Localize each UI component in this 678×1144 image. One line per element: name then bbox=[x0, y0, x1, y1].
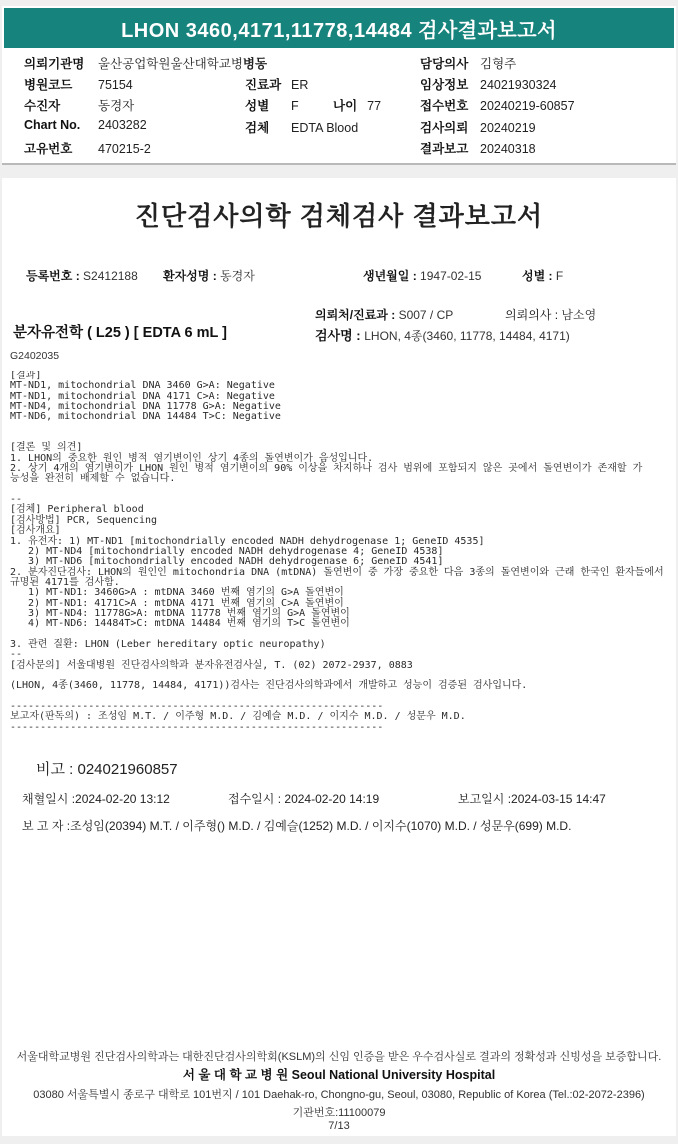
field-institution: 의뢰기관명울산공업학원울산대학교병병동 bbox=[24, 54, 267, 72]
field-chart-no: Chart No.2403282 bbox=[24, 118, 147, 132]
reporters-label: 보 고 자 : bbox=[22, 819, 70, 833]
field-chart-no-value: 2403282 bbox=[98, 118, 147, 132]
patient-sex-value: F bbox=[556, 269, 563, 283]
patient-reg-value: S2412188 bbox=[83, 269, 138, 283]
patient-reg-label: 등록번호 : bbox=[26, 269, 80, 283]
footer-address: 03080 서울특별시 종로구 대학로 101번지 / 101 Daehak-r… bbox=[0, 1086, 678, 1102]
receive-datetime-value: 2024-02-20 14:19 bbox=[284, 792, 379, 806]
field-unique-no-value: 470215-2 bbox=[98, 142, 151, 156]
test-name-label: 검사명 : bbox=[315, 328, 361, 343]
field-result-date: 결과보고20240318 bbox=[420, 139, 536, 157]
report-page: LHON 3460,4171,11778,14484 검사결과보고서 의뢰기관명… bbox=[0, 0, 678, 1144]
field-patient: 수진자동경자 bbox=[24, 96, 134, 114]
field-department: 진료과ER bbox=[245, 75, 308, 93]
patient-sex: 성별 : F bbox=[522, 267, 563, 284]
field-chart-no-label: Chart No. bbox=[24, 118, 98, 132]
remarks-label: 비고 : bbox=[36, 761, 73, 778]
field-clinical-info-value: 24021930324 bbox=[480, 78, 556, 92]
remarks-value: 024021960857 bbox=[78, 761, 178, 778]
result-body-text: [결과] MT-ND1, mitochondrial DNA 3460 G>A:… bbox=[10, 371, 670, 733]
field-patient-label: 수진자 bbox=[24, 96, 98, 114]
field-age-value: 77 bbox=[367, 99, 381, 113]
receive-datetime: 접수일시 : 2024-02-20 14:19 bbox=[228, 790, 379, 807]
field-doctor-label: 담당의사 bbox=[420, 54, 480, 72]
field-clinical-info-label: 임상정보 bbox=[420, 75, 480, 93]
patient-name: 환자성명 : 동경자 bbox=[163, 267, 255, 284]
referral-doctor-value: 남소영 bbox=[561, 308, 596, 322]
remarks-row: 비고 : 024021960857 bbox=[36, 758, 178, 779]
collect-datetime-label: 채혈일시 : bbox=[22, 792, 75, 806]
panel-divider bbox=[0, 165, 678, 178]
field-institution-ward: 병동 bbox=[243, 57, 267, 71]
reporters-value: 조성임(20394) M.T. / 이주형() M.D. / 김예슬(1252)… bbox=[70, 819, 571, 833]
field-doctor: 담당의사김형주 bbox=[420, 54, 516, 72]
report-datetime-label: 보고일시 : bbox=[458, 792, 511, 806]
field-clinical-info: 임상정보24021930324 bbox=[420, 75, 556, 93]
patient-reg-no: 등록번호 : S2412188 bbox=[26, 267, 138, 284]
document-title: 진단검사의학 검체검사 결과보고서 bbox=[0, 196, 678, 233]
report-title-banner: LHON 3460,4171,11778,14484 검사결과보고서 bbox=[4, 8, 674, 48]
patient-sex-label: 성별 : bbox=[522, 269, 553, 283]
field-unique-no: 고유번호470215-2 bbox=[24, 139, 151, 157]
field-result-date-label: 결과보고 bbox=[420, 139, 480, 157]
field-hospital-code-label: 병원코드 bbox=[24, 75, 98, 93]
field-specimen-label: 검체 bbox=[245, 118, 291, 136]
field-order-date: 검사의뢰20240219 bbox=[420, 118, 536, 136]
field-sex-label: 성별 bbox=[245, 96, 291, 114]
field-doctor-value: 김형주 bbox=[480, 57, 516, 71]
field-institution-label: 의뢰기관명 bbox=[24, 54, 98, 72]
referral-dept-label: 의뢰처/진료과 : bbox=[315, 308, 395, 322]
report-datetime-value: 2024-03-15 14:47 bbox=[511, 792, 606, 806]
reporters-row: 보 고 자 :조성임(20394) M.T. / 이주형() M.D. / 김예… bbox=[22, 817, 571, 834]
footer-org-number: 기관번호:11100079 bbox=[0, 1104, 678, 1120]
field-age-label: 나이 bbox=[333, 96, 357, 114]
field-patient-value: 동경자 bbox=[98, 99, 134, 113]
field-hospital-code-value: 75154 bbox=[98, 78, 133, 92]
field-accession-no: 접수번호20240219-60857 bbox=[420, 96, 575, 114]
field-order-date-label: 검사의뢰 bbox=[420, 118, 480, 136]
field-hospital-code: 병원코드75154 bbox=[24, 75, 133, 93]
patient-birth-label: 생년월일 : bbox=[363, 269, 417, 283]
referral-dept: 의뢰처/진료과 : S007 / CP bbox=[315, 306, 453, 323]
specimen-code: G2402035 bbox=[10, 350, 59, 362]
patient-name-value: 동경자 bbox=[220, 269, 255, 283]
patient-birth: 생년월일 : 1947-02-15 bbox=[363, 267, 481, 284]
banner-title: LHON 3460,4171,11778,14484 검사결과보고서 bbox=[121, 14, 557, 43]
patient-name-label: 환자성명 : bbox=[163, 269, 217, 283]
test-name-row: 검사명 : LHON, 4종(3460, 11778, 14484, 4171) bbox=[315, 325, 570, 344]
field-sex-age: 성별F나이77 bbox=[245, 96, 381, 114]
field-unique-no-label: 고유번호 bbox=[24, 139, 98, 157]
field-specimen: 검체EDTA Blood bbox=[245, 118, 358, 136]
field-accession-no-value: 20240219-60857 bbox=[480, 99, 575, 113]
report-datetime: 보고일시 :2024-03-15 14:47 bbox=[458, 790, 606, 807]
field-institution-value: 울산공업학원울산대학교병 bbox=[98, 57, 243, 71]
referral-doctor-label: 의뢰의사 : bbox=[505, 308, 558, 322]
test-name-value: LHON, 4종(3460, 11778, 14484, 4171) bbox=[364, 329, 570, 343]
section-name: 분자유전학 ( L25 ) [ EDTA 6 mL ] bbox=[13, 321, 227, 342]
collect-datetime: 채혈일시 :2024-02-20 13:12 bbox=[22, 790, 170, 807]
field-order-date-value: 20240219 bbox=[480, 121, 536, 135]
field-department-label: 진료과 bbox=[245, 75, 291, 93]
field-department-value: ER bbox=[291, 78, 308, 92]
referral-dept-value: S007 / CP bbox=[399, 308, 454, 322]
footer-hospital-name: 서 울 대 학 교 병 원 Seoul National University … bbox=[0, 1065, 678, 1083]
patient-birth-value: 1947-02-15 bbox=[420, 269, 481, 283]
field-sex-value: F bbox=[291, 99, 333, 113]
referral-doctor: 의뢰의사 : 남소영 bbox=[505, 306, 596, 323]
field-specimen-value: EDTA Blood bbox=[291, 121, 358, 135]
footer-page-number: 7/13 bbox=[0, 1120, 678, 1132]
footer-accreditation: 서울대학교병원 진단검사의학과는 대한진단검사의학회(KSLM)의 신임 인증을… bbox=[0, 1048, 678, 1064]
receive-datetime-label: 접수일시 : bbox=[228, 792, 281, 806]
field-result-date-value: 20240318 bbox=[480, 142, 536, 156]
field-accession-no-label: 접수번호 bbox=[420, 96, 480, 114]
collect-datetime-value: 2024-02-20 13:12 bbox=[75, 792, 170, 806]
